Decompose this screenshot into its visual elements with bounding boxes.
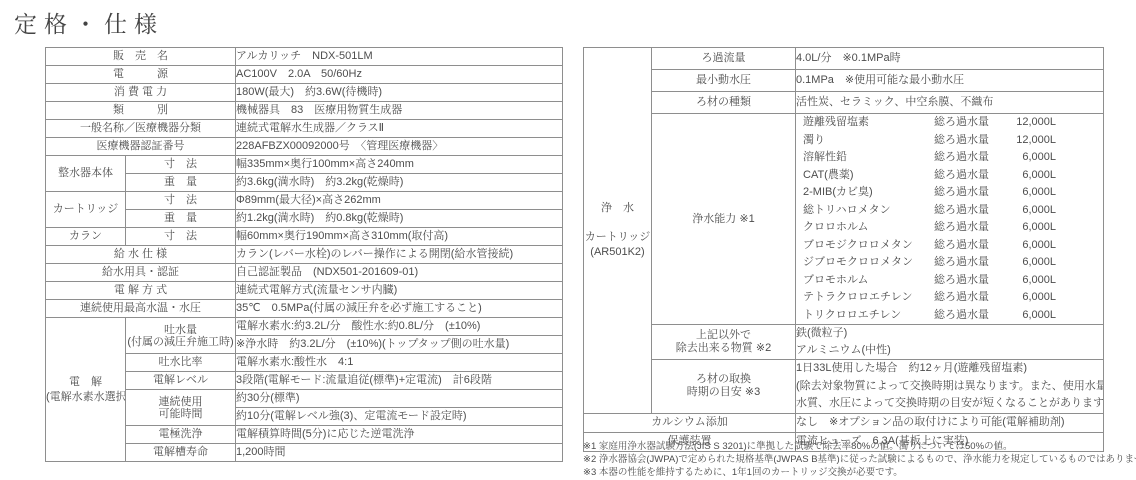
row-label: 電解レベル: [126, 372, 236, 390]
substance-name: トリクロロエチレン: [803, 309, 934, 322]
row-label: ろ材の種類: [652, 92, 796, 114]
purification-item: 遊離残留塩素総ろ過水量12,000L: [796, 114, 1103, 132]
total-filtration-label: 総ろ過水量: [934, 169, 998, 182]
row-label-line: 可能時間: [126, 408, 235, 420]
table-row: 医療機器認証番号 228AFBZX00092000号 〈管理医療機器〉: [46, 138, 563, 156]
substance-name: テトラクロロエチレン: [803, 291, 934, 304]
row-label-continuous-use: 連続使用 可能時間: [126, 390, 236, 426]
total-filtration-label: 総ろ過水量: [934, 151, 998, 164]
filtration-amount: 6,000L: [998, 274, 1056, 287]
row-value: 0.1MPa ※使用可能な最小動水圧: [796, 70, 1104, 92]
purification-item: CAT(農薬)総ろ過水量6,000L: [796, 167, 1103, 185]
total-filtration-label: 総ろ過水量: [934, 239, 998, 252]
filtration-amount: 6,000L: [998, 221, 1056, 234]
row-value: 連続式電解方式(流量センサ内臓): [236, 282, 563, 300]
row-label-other-removable: 上記以外で 除去出来る物質 ※2: [652, 325, 796, 360]
table-row: 連続使用最高水温・水圧 35℃ 0.5MPa(付属の減圧弁を必ず施工すること): [46, 300, 563, 318]
row-value: 電解水素水:酸性水 4:1: [236, 354, 563, 372]
purification-item: テトラクロロエチレン総ろ過水量6,000L: [796, 289, 1103, 307]
footnote-1: ※1 家庭用浄水器試験方法(JIS S 3201)に準拠した試験で除去率80%の…: [583, 440, 1136, 453]
row-label: 医療機器認証番号: [46, 138, 236, 156]
substance-name: ブロモジクロロメタン: [803, 239, 934, 252]
row-label: ろ過流量: [652, 48, 796, 70]
filtration-amount: 6,000L: [998, 151, 1056, 164]
purification-item: ジブロモクロロメタン総ろ過水量6,000L: [796, 254, 1103, 272]
group-label-line: 浄 水: [584, 201, 651, 216]
filtration-amount: 6,000L: [998, 256, 1056, 269]
filtration-amount: 12,000L: [998, 116, 1056, 129]
row-value: 幅60mm×奥行190mm×高さ310mm(取付高): [236, 228, 563, 246]
row-value: ※浄水時 約3.2L/分 (±10%)(トップタップ側の吐水量): [236, 336, 563, 354]
row-label: 寸 法: [126, 228, 236, 246]
table-row: カラン 寸 法 幅60mm×奥行190mm×高さ310mm(取付高): [46, 228, 563, 246]
purification-item: トリクロロエチレン総ろ過水量6,000L: [796, 307, 1103, 325]
filtration-amount: 6,000L: [998, 186, 1056, 199]
row-value: 約3.6kg(満水時) 約3.2kg(乾燥時): [236, 174, 563, 192]
total-filtration-label: 総ろ過水量: [934, 186, 998, 199]
row-label: 電 解 方 式: [46, 282, 236, 300]
table-row: 電 源 AC100V 2.0A 50/60Hz: [46, 66, 563, 84]
table-row: 電 解 (電解水素水選択時) 吐水量 (付属の減圧弁施工時) 電解水素水:約3.…: [46, 318, 563, 336]
purification-item: 2-MIB(カビ臭)総ろ過水量6,000L: [796, 184, 1103, 202]
row-label: 重 量: [126, 174, 236, 192]
row-label-line: ろ材の取換: [652, 373, 795, 386]
row-label-line: 除去出来る物質 ※2: [652, 342, 795, 355]
table-row: カルシウム添加 なし ※オプション品の取付けにより可能(電解補助剤): [584, 413, 1104, 432]
row-label: 電 源: [46, 66, 236, 84]
filter-spec-table: 浄 水 カートリッジ (AR501K2) ろ過流量 4.0L/分 ※0.1MPa…: [583, 47, 1104, 452]
row-value: Φ89mm(最大径)×高さ262mm: [236, 192, 563, 210]
row-value: 約30分(標準): [236, 390, 563, 408]
row-value: 電解水素水:約3.2L/分 酸性水:約0.8L/分 (±10%): [236, 318, 563, 336]
total-filtration-label: 総ろ過水量: [934, 291, 998, 304]
total-filtration-label: 総ろ過水量: [934, 274, 998, 287]
row-value-line: 水質、水圧によって交換時期の目安が短くなることがあります): [796, 395, 1103, 413]
table-row: 消 費 電 力 180W(最大) 約3.6W(待機時): [46, 84, 563, 102]
purification-item: 溶解性鉛総ろ過水量6,000L: [796, 149, 1103, 167]
row-value: カラン(レバー水栓)のレバー操作による開閉(給水管接続): [236, 246, 563, 264]
row-value: 約1.2kg(満水時) 約0.8kg(乾燥時): [236, 210, 563, 228]
total-filtration-label: 総ろ過水量: [934, 256, 998, 269]
row-value: 連続式電解水生成器／クラスⅡ: [236, 120, 563, 138]
row-label: 重 量: [126, 210, 236, 228]
table-row: ろ材の取換 時期の目安 ※3 1日33L使用した場合 約12ヶ月(遊離残留塩素)…: [584, 360, 1104, 414]
row-label: カルシウム添加: [584, 413, 796, 432]
row-value: 自己認証製品 (NDX501-201609-01): [236, 264, 563, 282]
footnote-3: ※3 本器の性能を維持するために、1年1回のカートリッジ交換が必要です。: [583, 466, 1136, 479]
row-label: 類 別: [46, 102, 236, 120]
row-value: 鉄(微粒子) アルミニウム(中性): [796, 325, 1104, 360]
purification-item: クロロホルム総ろ過水量6,000L: [796, 219, 1103, 237]
row-value: 180W(最大) 約3.6W(待機時): [236, 84, 563, 102]
row-label-line: 時期の目安 ※3: [652, 386, 795, 399]
row-value: 活性炭、セラミック、中空糸膜、不織布: [796, 92, 1104, 114]
group-label-cartridge: カートリッジ: [46, 192, 126, 228]
table-row: 整水器本体 寸 法 幅335mm×奥行100mm×高さ240mm: [46, 156, 563, 174]
table-row: 給水用具・認証 自己認証製品 (NDX501-201609-01): [46, 264, 563, 282]
purification-capacity-list: 遊離残留塩素総ろ過水量12,000L 濁り総ろ過水量12,000L 溶解性鉛総ろ…: [796, 114, 1104, 325]
row-label-line: 吐水量: [126, 324, 235, 336]
group-label-line: (電解水素水選択時): [46, 390, 125, 405]
row-label-water-output: 吐水量 (付属の減圧弁施工時): [126, 318, 236, 354]
row-label: 最小動水圧: [652, 70, 796, 92]
table-row: 販 売 名 アルカリッチ NDX-501LM: [46, 48, 563, 66]
product-spec-table: 販 売 名 アルカリッチ NDX-501LM 電 源 AC100V 2.0A 5…: [45, 47, 563, 462]
substance-name: ブロモホルム: [803, 274, 934, 287]
page-title: 定格・仕様: [14, 6, 164, 39]
total-filtration-label: 総ろ過水量: [934, 116, 998, 129]
table-row: 類 別 機械器具 83 医療用物質生成器: [46, 102, 563, 120]
substance-name: ジブロモクロロメタン: [803, 256, 934, 269]
group-label-line: 電 解: [46, 375, 125, 390]
table-row: 給 水 仕 様 カラン(レバー水栓)のレバー操作による開閉(給水管接続): [46, 246, 563, 264]
group-label-main-unit: 整水器本体: [46, 156, 126, 192]
filtration-amount: 6,000L: [998, 239, 1056, 252]
total-filtration-label: 総ろ過水量: [934, 221, 998, 234]
spec-sheet-page: { "title": "定格・仕様", "colors": {"text": "…: [0, 0, 1136, 480]
group-label-faucet: カラン: [46, 228, 126, 246]
footnotes: ※1 家庭用浄水器試験方法(JIS S 3201)に準拠した試験で除去率80%の…: [583, 440, 1136, 479]
row-value-line: (除去対象物質によって交換時期は異なります。また、使用水量、: [796, 378, 1103, 396]
row-label: 給水用具・認証: [46, 264, 236, 282]
row-value-line: 鉄(微粒子): [796, 325, 1103, 342]
row-label-line: (付属の減圧弁施工時): [126, 336, 235, 348]
row-value: 約10分(電解レベル強(3)、定電流モード設定時): [236, 408, 563, 426]
row-value: なし ※オプション品の取付けにより可能(電解補助剤): [796, 413, 1104, 432]
filtration-amount: 12,000L: [998, 134, 1056, 147]
row-label: 寸 法: [126, 192, 236, 210]
row-value: 35℃ 0.5MPa(付属の減圧弁を必ず施工すること): [236, 300, 563, 318]
purification-item: 濁り総ろ過水量12,000L: [796, 132, 1103, 150]
row-value: 電解積算時間(5分)に応じた逆電洗浄: [236, 426, 563, 444]
table-row: 上記以外で 除去出来る物質 ※2 鉄(微粒子) アルミニウム(中性): [584, 325, 1104, 360]
table-row: 電 解 方 式 連続式電解方式(流量センサ内臓): [46, 282, 563, 300]
total-filtration-label: 総ろ過水量: [934, 134, 998, 147]
row-label: 消 費 電 力: [46, 84, 236, 102]
row-label: 寸 法: [126, 156, 236, 174]
substance-name: 濁り: [803, 134, 934, 147]
filtration-amount: 6,000L: [998, 204, 1056, 217]
filtration-amount: 6,000L: [998, 291, 1056, 304]
row-value: アルカリッチ NDX-501LM: [236, 48, 563, 66]
filtration-amount: 6,000L: [998, 309, 1056, 322]
row-label: 販 売 名: [46, 48, 236, 66]
purification-item: ブロモホルム総ろ過水量6,000L: [796, 272, 1103, 290]
row-label: 電解槽寿命: [126, 444, 236, 462]
row-label-line: 連続使用: [126, 396, 235, 408]
row-value: 機械器具 83 医療用物質生成器: [236, 102, 563, 120]
purification-item: 総トリハロメタン総ろ過水量6,000L: [796, 202, 1103, 220]
substance-name: 溶解性鉛: [803, 151, 934, 164]
table-row: 浄水能力 ※1 遊離残留塩素総ろ過水量12,000L 濁り総ろ過水量12,000…: [584, 114, 1104, 325]
total-filtration-label: 総ろ過水量: [934, 309, 998, 322]
row-label: 給 水 仕 様: [46, 246, 236, 264]
table-row: 最小動水圧 0.1MPa ※使用可能な最小動水圧: [584, 70, 1104, 92]
row-value: 1,200時間: [236, 444, 563, 462]
group-label-purifier-cartridge: 浄 水 カートリッジ (AR501K2): [584, 48, 652, 414]
substance-name: 総トリハロメタン: [803, 204, 934, 217]
substance-name: 遊離残留塩素: [803, 116, 934, 129]
footnote-2: ※2 浄水器協会(JWPA)で定められた規格基準(JWPAS B基準)に従った試…: [583, 453, 1136, 466]
row-label: 連続使用最高水温・水圧: [46, 300, 236, 318]
group-label-line: カートリッジ: [584, 230, 651, 245]
group-label-electrolysis: 電 解 (電解水素水選択時): [46, 318, 126, 462]
row-label: 電極洗浄: [126, 426, 236, 444]
row-label: 一般名称／医療機器分類: [46, 120, 236, 138]
substance-name: CAT(農薬): [803, 169, 934, 182]
row-value-line: アルミニウム(中性): [796, 342, 1103, 359]
row-value: 1日33L使用した場合 約12ヶ月(遊離残留塩素) (除去対象物質によって交換時…: [796, 360, 1104, 414]
substance-name: 2-MIB(カビ臭): [803, 186, 934, 199]
row-value: 3段階(電解モード:流量追従(標準)+定電流) 計6段階: [236, 372, 563, 390]
table-row: ろ材の種類 活性炭、セラミック、中空糸膜、不織布: [584, 92, 1104, 114]
group-label-line: (AR501K2): [584, 245, 651, 260]
row-label-replacement-period: ろ材の取換 時期の目安 ※3: [652, 360, 796, 414]
row-value: 幅335mm×奥行100mm×高さ240mm: [236, 156, 563, 174]
substance-name: クロロホルム: [803, 221, 934, 234]
row-value: 228AFBZX00092000号 〈管理医療機器〉: [236, 138, 563, 156]
table-row: 一般名称／医療機器分類 連続式電解水生成器／クラスⅡ: [46, 120, 563, 138]
row-label-purification-capacity: 浄水能力 ※1: [652, 114, 796, 325]
filtration-amount: 6,000L: [998, 169, 1056, 182]
row-value: 4.0L/分 ※0.1MPa時: [796, 48, 1104, 70]
row-label: 吐水比率: [126, 354, 236, 372]
purification-item: ブロモジクロロメタン総ろ過水量6,000L: [796, 237, 1103, 255]
table-row: 浄 水 カートリッジ (AR501K2) ろ過流量 4.0L/分 ※0.1MPa…: [584, 48, 1104, 70]
row-value-line: 1日33L使用した場合 約12ヶ月(遊離残留塩素): [796, 360, 1103, 378]
row-label-line: 上記以外で: [652, 329, 795, 342]
total-filtration-label: 総ろ過水量: [934, 204, 998, 217]
table-row: カートリッジ 寸 法 Φ89mm(最大径)×高さ262mm: [46, 192, 563, 210]
row-value: AC100V 2.0A 50/60Hz: [236, 66, 563, 84]
